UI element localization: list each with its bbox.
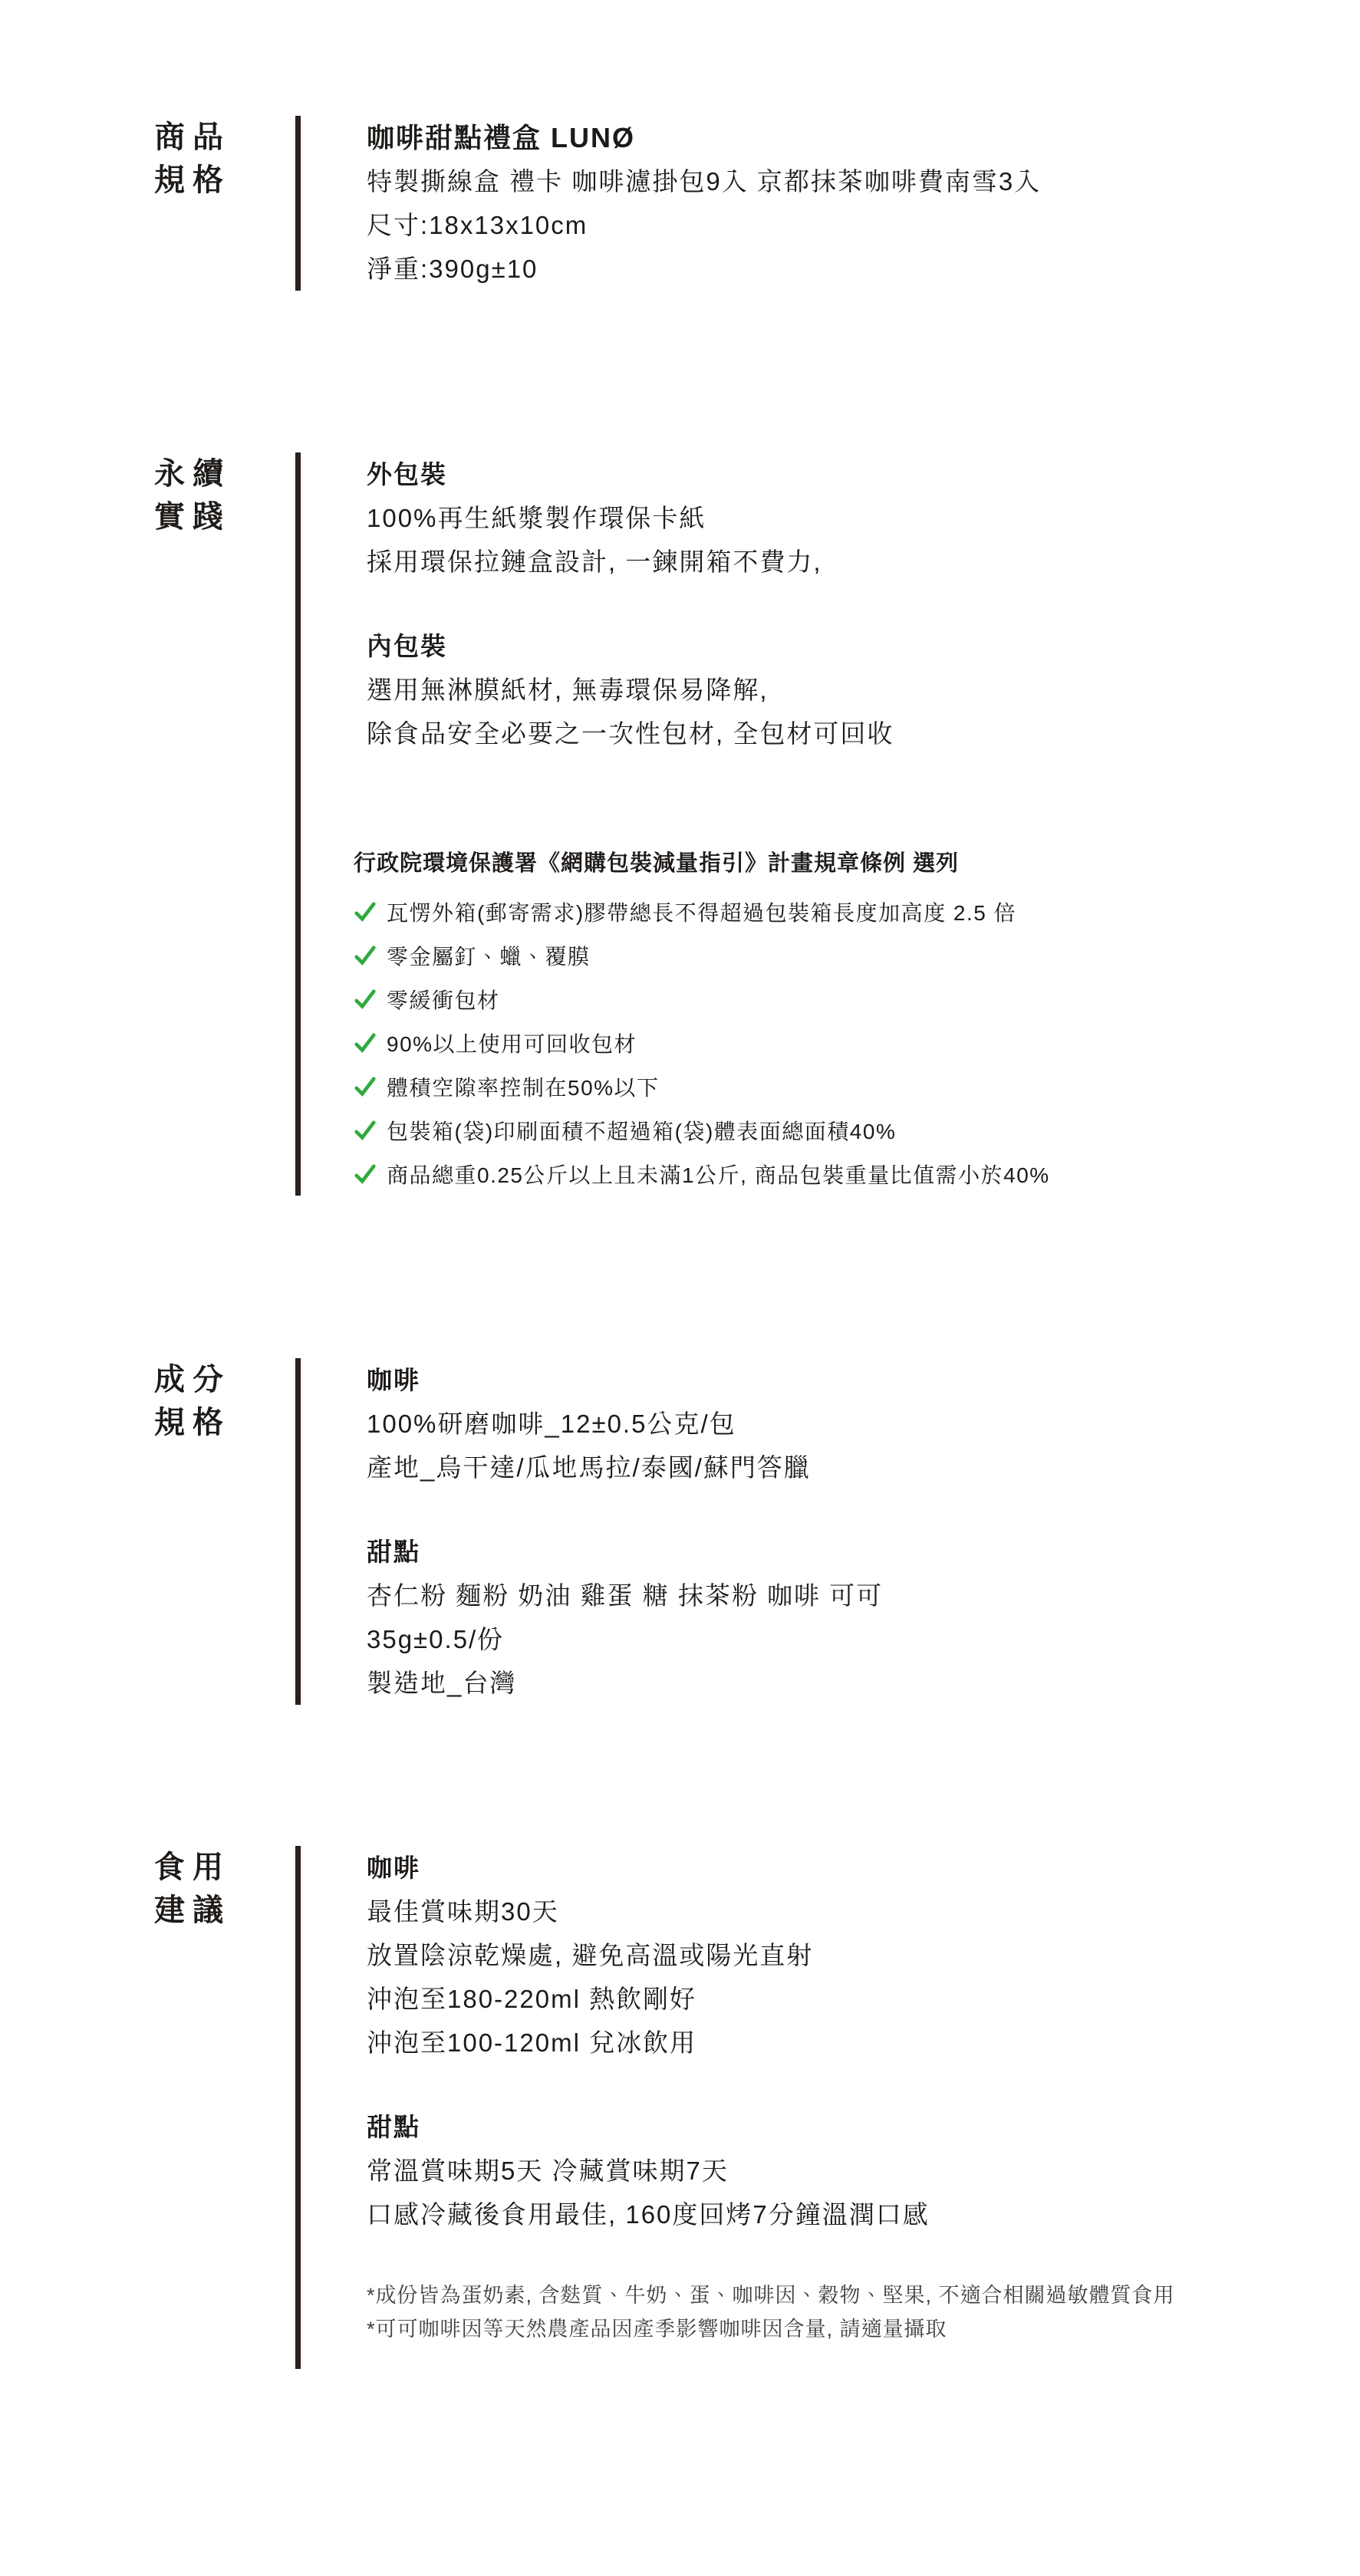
serving-content: 咖啡 最佳賞味期30天 放置陰涼乾燥處, 避免高溫或陽光直射 沖泡至180-22… [301,1846,1175,2369]
section-product-spec: 商品 規格 咖啡甜點禮盒 LUNØ 特製撕線盒 禮卡 咖啡濾掛包9入 京都抹茶咖… [0,116,1360,291]
dessert-heading: 甜點 [367,1530,883,1574]
caffeine-footnote: *可可咖啡因等天然農產品因產季影響咖啡因含量, 請適量攝取 [367,2312,1175,2346]
checklist-item-text: 包裝箱(袋)印刷面積不超過箱(袋)體表面總面積40% [387,1115,896,1146]
checklist-item: 商品總重0.25公斤以上且未滿1公斤, 商品包裝重量比值需小於40% [354,1152,1050,1196]
dessert-serving-tip-line: 口感冷藏後食用最佳, 160度回烤7分鐘溫潤口感 [367,2193,1175,2236]
checklist-item-text: 零緩衝包材 [387,984,500,1015]
section-divider [295,116,301,291]
inner-packaging-line: 除食品安全必要之一次性包材, 全包材可回收 [367,712,1050,755]
checklist-item-text: 90%以上使用可回收包材 [387,1028,637,1058]
dessert-shelf-life-line: 常溫賞味期5天 冷藏賞味期7天 [367,2149,1175,2193]
checklist-item: 包裝箱(袋)印刷面積不超過箱(袋)體表面總面積40% [354,1108,1050,1152]
checklist-item: 零金屬釘、蠟、覆膜 [354,933,1050,977]
section-ingredients: 成分 規格 咖啡 100%研磨咖啡_12±0.5公克/包 產地_烏干達/瓜地馬拉… [0,1358,1360,1705]
dessert-ingredients-line: 杏仁粉 麵粉 奶油 雞蛋 糖 抹茶粉 咖啡 可可 [367,1574,883,1617]
section-divider [295,1358,301,1705]
dessert-origin-line: 製造地_台灣 [367,1661,883,1705]
product-spec-content: 咖啡甜點禮盒 LUNØ 特製撕線盒 禮卡 咖啡濾掛包9入 京都抹茶咖啡費南雪3入… [301,116,1041,291]
product-size-line: 尺寸:18x13x10cm [367,203,1041,247]
product-spec-page: 商品 規格 咖啡甜點禮盒 LUNØ 特製撕線盒 禮卡 咖啡濾掛包9入 京都抹茶咖… [0,0,1360,2369]
checklist-item-text: 瓦愣外箱(郵寄需求)膠帶總長不得超過包裝箱長度加高度 2.5 倍 [387,897,1016,927]
product-contents-line: 特製撕線盒 禮卡 咖啡濾掛包9入 京都抹茶咖啡費南雪3入 [367,160,1041,203]
checklist-item: 瓦愣外箱(郵寄需求)膠帶總長不得超過包裝箱長度加高度 2.5 倍 [354,890,1050,933]
section-label-sustainability: 永續 實踐 [0,452,295,1196]
dessert-heading: 甜點 [367,2105,1175,2149]
coffee-origin-line: 產地_烏干達/瓜地馬拉/泰國/蘇門答臘 [367,1446,883,1489]
section-label-line: 實踐 [154,495,295,538]
check-icon [354,944,377,967]
checklist-item: 90%以上使用可回收包材 [354,1021,1050,1064]
inner-packaging-heading: 內包裝 [367,624,1050,668]
check-icon [354,988,377,1011]
check-icon [354,900,377,923]
checklist-item: 零緩衝包材 [354,977,1050,1021]
section-label-line: 成分 [154,1358,295,1401]
section-divider [295,1846,301,2369]
coffee-shelf-life-line: 最佳賞味期30天 [367,1890,1175,1933]
packaging-checklist: 瓦愣外箱(郵寄需求)膠帶總長不得超過包裝箱長度加高度 2.5 倍 零金屬釘、蠟、… [354,890,1050,1196]
footnotes: *成份皆為蛋奶素, 含麩質、牛奶、蛋、咖啡因、穀物、堅果, 不適合相關過敏體質食… [367,2278,1175,2346]
coffee-iced-brew-line: 沖泡至100-120ml 兌冰飲用 [367,2021,1175,2064]
coffee-heading: 咖啡 [367,1846,1175,1890]
section-sustainability: 永續 實踐 外包裝 100%再生紙漿製作環保卡紙 採用環保拉鏈盒設計, 一鍊開箱… [0,452,1360,1196]
section-label-ingredients: 成分 規格 [0,1358,295,1705]
section-label-serving: 食用 建議 [0,1846,295,2369]
section-label-line: 永續 [154,452,295,495]
checklist-heading: 行政院環境保護署《網購包裝減量指引》計畫規章條例 選列 [354,848,1050,879]
checklist-item-text: 商品總重0.25公斤以上且未滿1公斤, 商品包裝重量比值需小於40% [387,1159,1050,1189]
coffee-hot-brew-line: 沖泡至180-220ml 熱飲剛好 [367,1977,1175,2021]
section-label-line: 規格 [154,159,295,202]
dessert-weight-line: 35g±0.5/份 [367,1617,883,1661]
ingredients-content: 咖啡 100%研磨咖啡_12±0.5公克/包 產地_烏干達/瓜地馬拉/泰國/蘇門… [301,1358,883,1705]
section-label-line: 建議 [154,1889,295,1932]
checklist-item-text: 零金屬釘、蠟、覆膜 [387,940,591,971]
check-icon [354,1119,377,1142]
checklist-item-text: 體積空隙率控制在50%以下 [387,1071,660,1102]
inner-packaging-line: 選用無淋膜紙材, 無毒環保易降解, [367,668,1050,712]
section-serving-suggestions: 食用 建議 咖啡 最佳賞味期30天 放置陰涼乾燥處, 避免高溫或陽光直射 沖泡至… [0,1846,1360,2369]
section-label-line: 規格 [154,1401,295,1444]
section-label-line: 商品 [154,116,295,159]
check-icon [354,1163,377,1186]
coffee-spec-line: 100%研磨咖啡_12±0.5公克/包 [367,1402,883,1446]
product-weight-line: 淨重:390g±10 [367,247,1041,291]
section-label-line: 食用 [154,1846,295,1889]
checklist-item: 體積空隙率控制在50%以下 [354,1064,1050,1108]
coffee-heading: 咖啡 [367,1358,883,1402]
outer-packaging-line: 採用環保拉鏈盒設計, 一鍊開箱不費力, [367,540,1050,584]
outer-packaging-heading: 外包裝 [367,452,1050,496]
sustainability-content: 外包裝 100%再生紙漿製作環保卡紙 採用環保拉鏈盒設計, 一鍊開箱不費力, 內… [301,452,1050,1196]
coffee-storage-line: 放置陰涼乾燥處, 避免高溫或陽光直射 [367,1933,1175,1977]
section-divider [295,452,301,1196]
check-icon [354,1031,377,1054]
check-icon [354,1075,377,1098]
outer-packaging-line: 100%再生紙漿製作環保卡紙 [367,496,1050,540]
section-label-product: 商品 規格 [0,116,295,291]
allergen-footnote: *成份皆為蛋奶素, 含麩質、牛奶、蛋、咖啡因、穀物、堅果, 不適合相關過敏體質食… [367,2278,1175,2312]
product-title: 咖啡甜點禮盒 LUNØ [367,116,1041,160]
